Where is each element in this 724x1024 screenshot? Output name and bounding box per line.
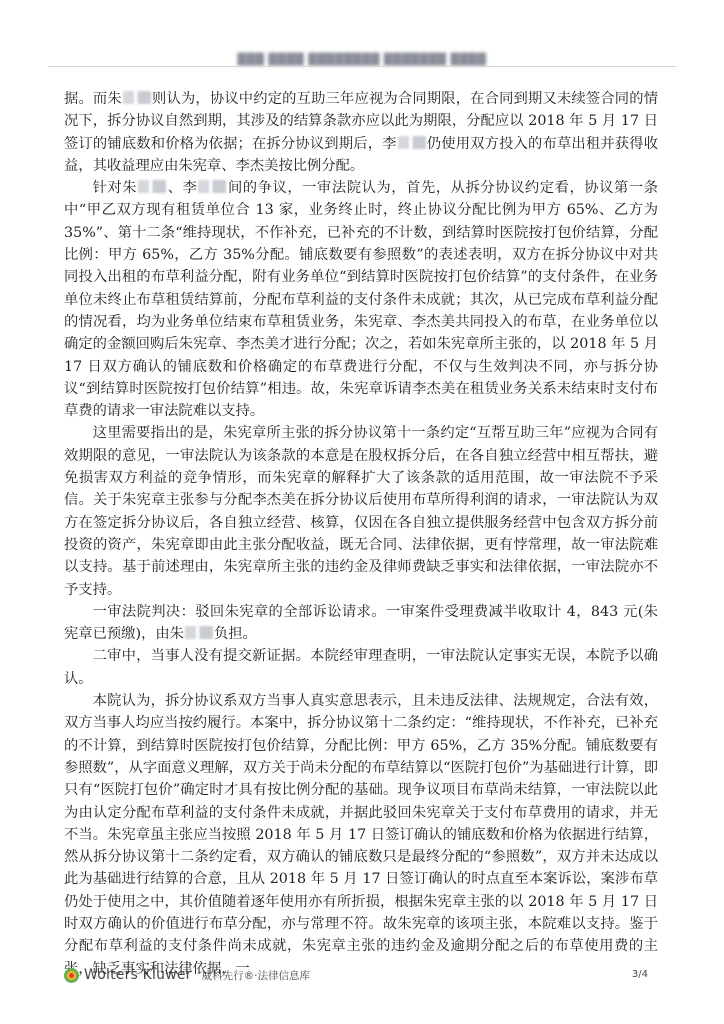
paragraph: 这里需要指出的是，朱宪章所主张的拆分协议第十一条约定“互帮互助三年”应视为合同有… xyxy=(64,422,658,600)
header-title-blurred: ███ ████ ████████ ███████ ████ xyxy=(238,53,487,66)
paragraph-text: 本院认为，拆分协议系双方当事人真实意思表示，且未违反法律、法规规定，合法有效，双… xyxy=(64,693,658,977)
header-divider xyxy=(48,66,676,67)
brand-name-cn: 威科先行®·法律信息库 xyxy=(202,968,310,983)
document-body: 据。而朱则认为，协议中约定的互助三年应视为合同期限，在合同到期又未续签合同的情况… xyxy=(64,88,658,980)
redacted-name xyxy=(138,180,166,193)
paragraph-text: 这里需要指出的是，朱宪章所主张的拆分协议第十一条约定“互帮互助三年”应视为合同有… xyxy=(64,425,658,597)
paragraph-text: 据。而朱 xyxy=(64,91,122,107)
paragraph-text: 、李 xyxy=(167,180,197,196)
page-header: ███ ████ ████████ ███████ ████ xyxy=(48,48,676,68)
paragraph: 据。而朱则认为，协议中约定的互助三年应视为合同期限，在合同到期又未续签合同的情况… xyxy=(64,88,658,177)
paragraph: 二审中，当事人没有提交新证据。本院经审理查明，一审法院认定事实无误，本院予以确认… xyxy=(64,645,658,690)
wolters-kluwer-globe-icon xyxy=(64,968,79,983)
redacted-name xyxy=(398,136,426,149)
paragraph-text: 针对朱 xyxy=(93,180,138,196)
paragraph-text: 二审中，当事人没有提交新证据。本院经审理查明，一审法院认定事实无误，本院予以确认… xyxy=(64,648,658,686)
redacted-name xyxy=(185,626,213,639)
paragraph: 本院认为，拆分协议系双方当事人真实意思表示，且未违反法律、法规规定，合法有效，双… xyxy=(64,690,658,980)
paragraph-text: 负担。 xyxy=(214,626,257,642)
paragraph-text: 间的争议，一审法院认为，首先，从拆分协议约定看，协议第一条中“甲乙双方现有租赁单… xyxy=(64,180,658,419)
paragraph: 针对朱、李间的争议，一审法院认为，首先，从拆分协议约定看，协议第一条中“甲乙双方… xyxy=(64,177,658,422)
page-number: 3/4 xyxy=(632,969,648,980)
brand-name: Wolters Kluwer xyxy=(84,967,192,983)
footer-logo: Wolters Kluwer 威科先行®·法律信息库 xyxy=(64,967,310,983)
paragraph-text: 一审法院判决：驳回朱宪章的全部诉讼请求。一审案件受理费减半收取计 4，843 元… xyxy=(64,604,658,642)
paragraph: 一审法院判决：驳回朱宪章的全部诉讼请求。一审案件受理费减半收取计 4，843 元… xyxy=(64,601,658,646)
page-footer: Wolters Kluwer 威科先行®·法律信息库 3/4 xyxy=(64,964,658,988)
redacted-name xyxy=(198,180,226,193)
redacted-name xyxy=(123,91,151,104)
